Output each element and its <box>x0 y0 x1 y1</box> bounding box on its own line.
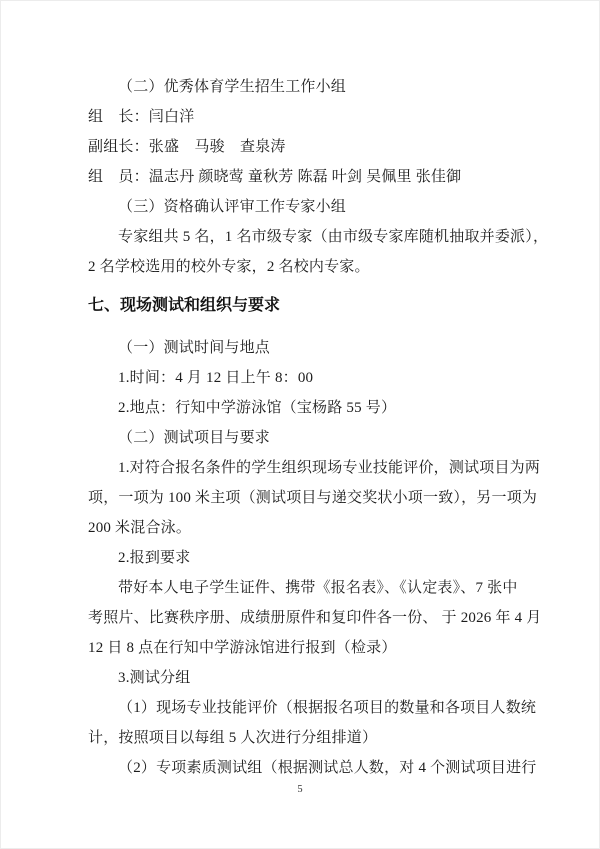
test-items-paragraph-line-1: 1.对符合报名条件的学生组织现场专业技能评价，测试项目为两 <box>88 453 512 483</box>
grouping-item-1-line-2: 计，按照项目以每组 5 人次进行分组排道） <box>88 723 512 753</box>
group-leader-line: 组 长：闫白洋 <box>88 102 512 132</box>
group-members-line: 组 员：温志丹 颜晓莺 童秋芳 陈磊 叶剑 吴佩里 张佳御 <box>88 162 512 192</box>
page-number: 5 <box>1 781 599 799</box>
subsection-heading-time-place: （一）测试时间与地点 <box>88 333 512 363</box>
subsection-heading-expert-group: （三）资格确认评审工作专家小组 <box>88 192 512 222</box>
test-items-paragraph-line-2: 项，一项为 100 米主项（测试项目与递交奖状小项一致），另一项为 <box>88 483 512 513</box>
test-time-line: 1.时间：4 月 12 日上午 8：00 <box>88 363 512 393</box>
subsection-heading-items-requirements: （二）测试项目与要求 <box>88 423 512 453</box>
section-heading-onsite-test: 七、现场测试和组织与要求 <box>88 291 512 321</box>
expert-group-paragraph-line-2: 2 名学校选用的校外专家，2 名校内专家。 <box>88 252 512 282</box>
test-place-line: 2.地点：行知中学游泳馆（宝杨路 55 号） <box>88 393 512 423</box>
test-grouping-heading: 3.测试分组 <box>88 663 512 693</box>
grouping-item-2-line-1: （2）专项素质测试组（根据测试总人数，对 4 个测试项目进行 <box>88 753 512 783</box>
document-page: （二）优秀体育学生招生工作小组 组 长：闫白洋 副组长：张盛 马骏 查泉涛 组 … <box>0 0 600 849</box>
expert-group-paragraph-line-1: 专家组共 5 名，1 名市级专家（由市级专家库随机抽取并委派）， <box>88 222 512 252</box>
deputy-leaders-line: 副组长：张盛 马骏 查泉涛 <box>88 132 512 162</box>
checkin-paragraph-line-1: 带好本人电子学生证件、携带《报名表》、《认定表》、7 张中 <box>88 573 512 603</box>
subsection-heading-recruit-workgroup: （二）优秀体育学生招生工作小组 <box>88 72 512 102</box>
checkin-requirements-heading: 2.报到要求 <box>88 543 512 573</box>
checkin-paragraph-line-3: 12 日 8 点在行知中学游泳馆进行报到（检录） <box>88 633 512 663</box>
grouping-item-1-line-1: （1）现场专业技能评价（根据报名项目的数量和各项目人数统 <box>88 693 512 723</box>
test-items-paragraph-line-3: 200 米混合泳。 <box>88 513 512 543</box>
checkin-paragraph-line-2: 考照片、比赛秩序册、成绩册原件和复印件各一份、 于 2026 年 4 月 <box>88 603 512 633</box>
